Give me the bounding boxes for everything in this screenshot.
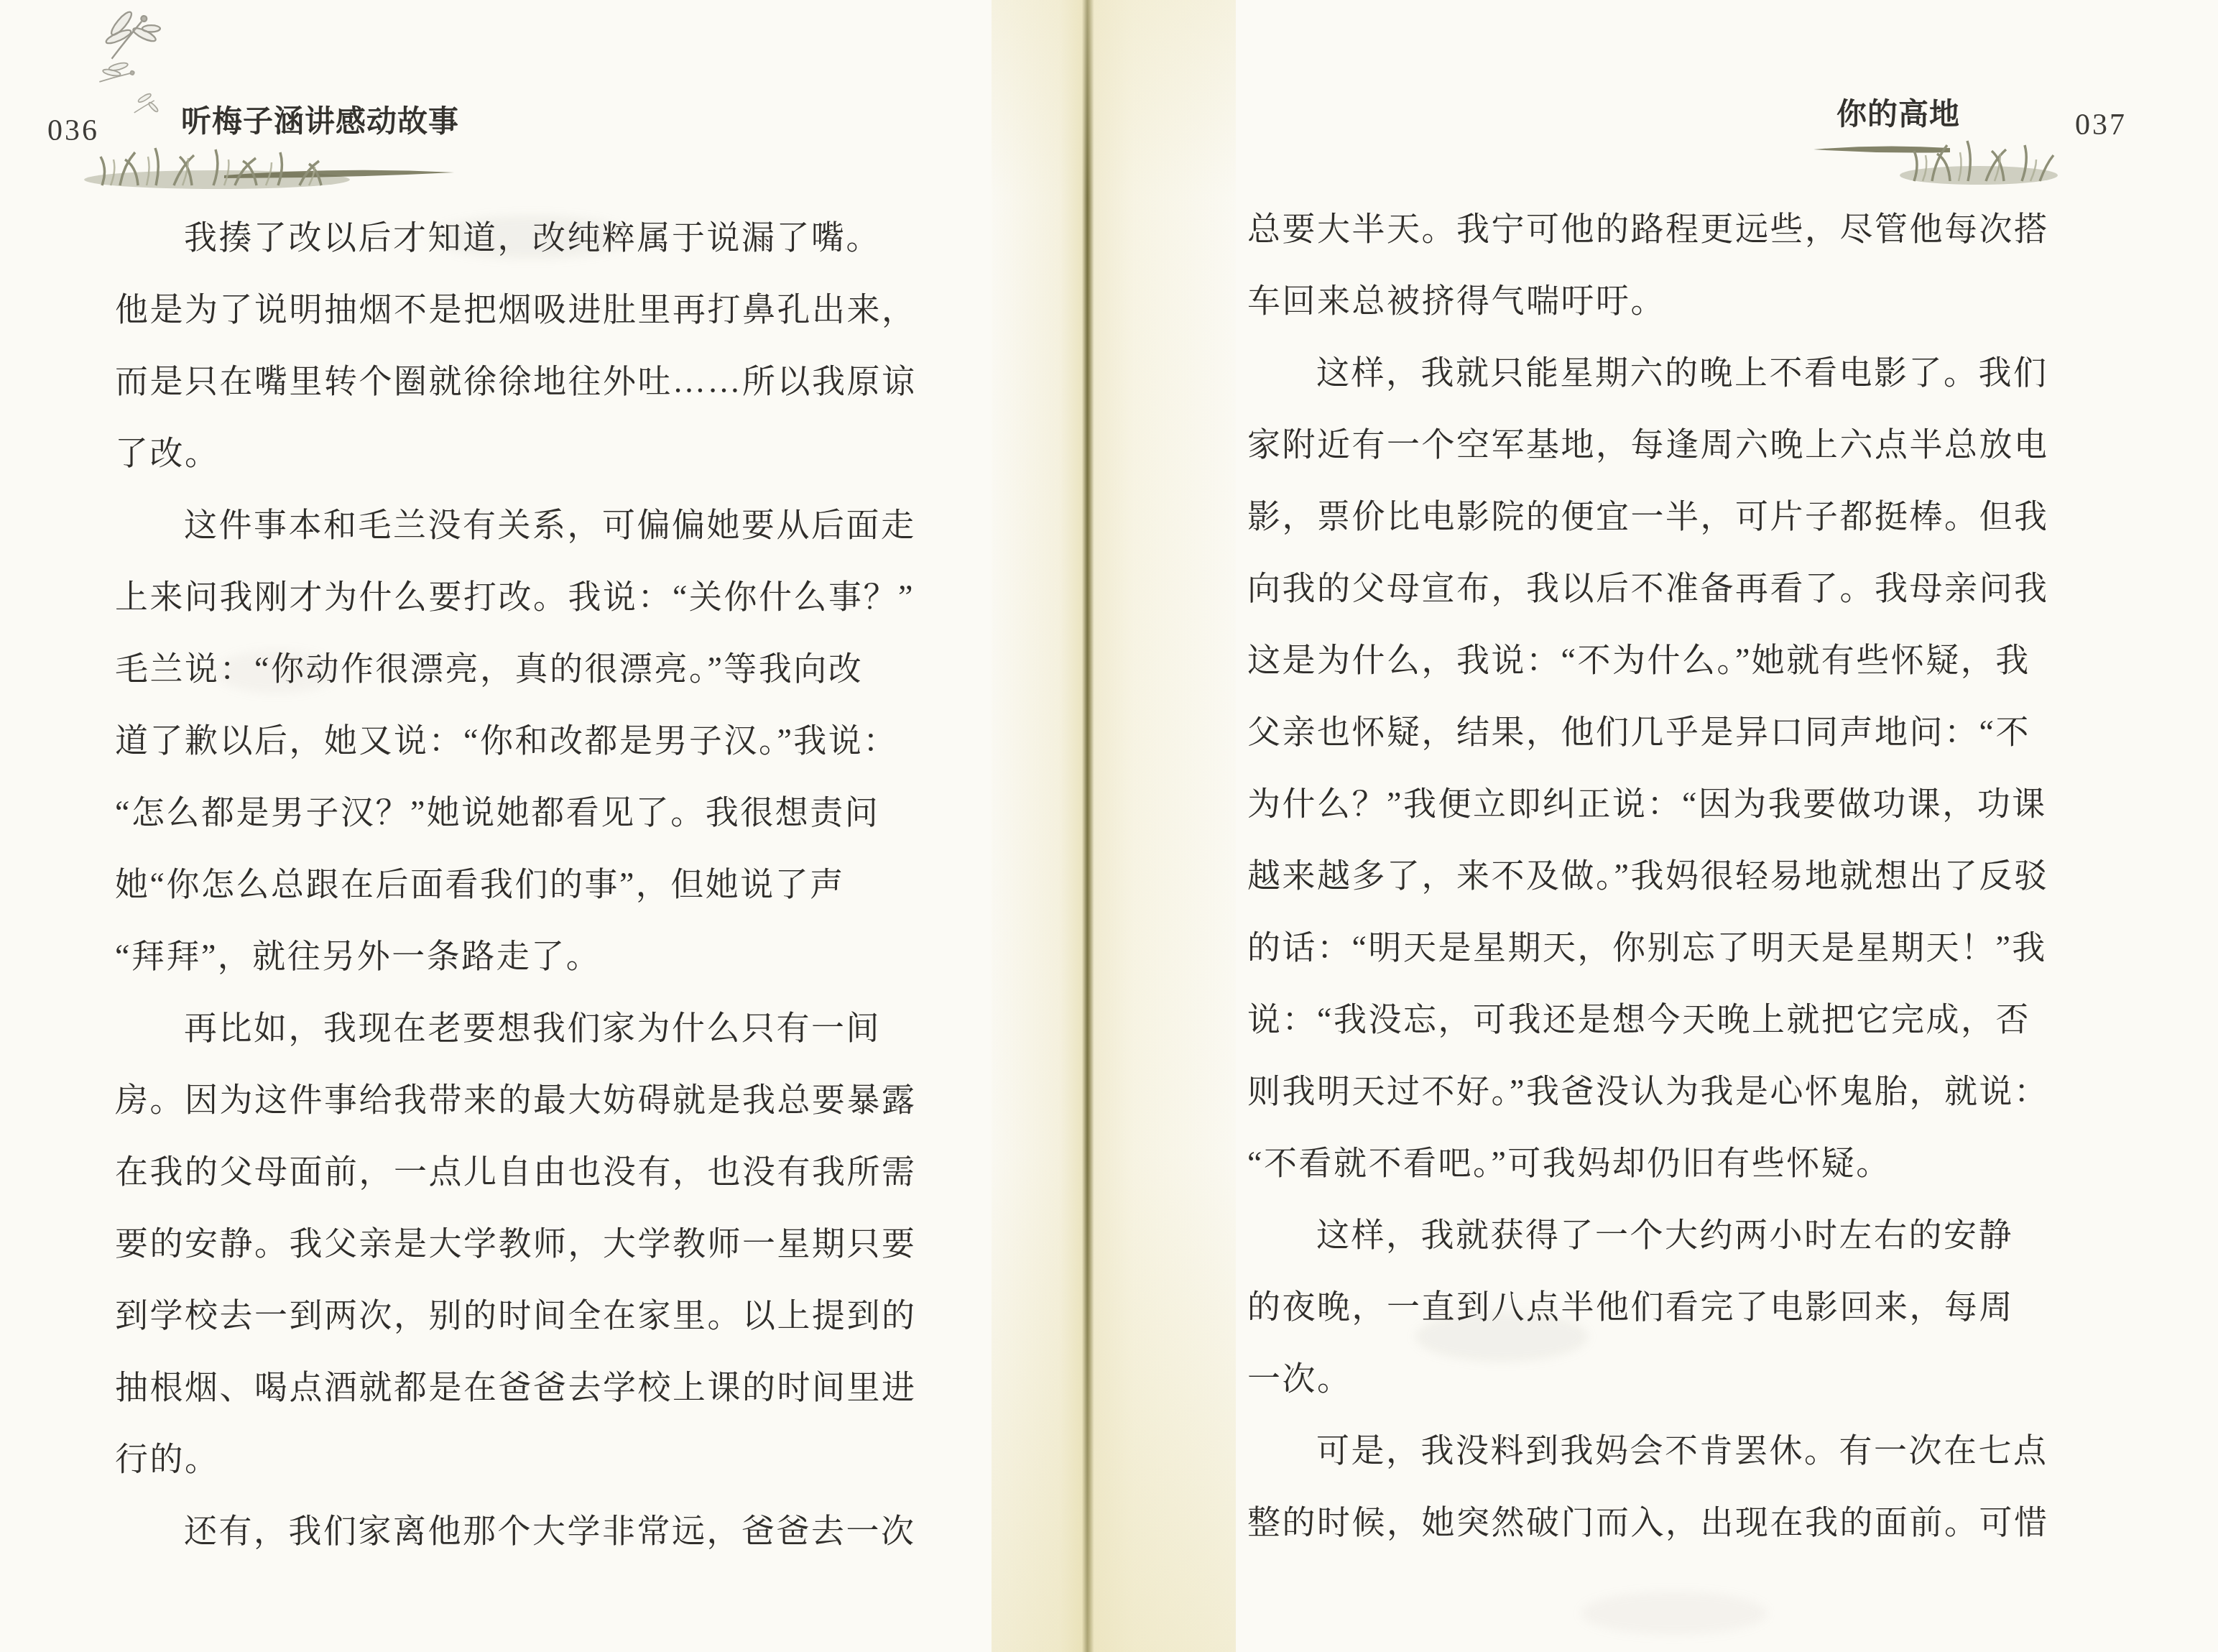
text-line: 家附近有一个空军基地，每逢周六晚上六点半总放电 <box>1247 409 2138 481</box>
text-line: “怎么都是男子汉？”她说她都看见了。我很想责问 <box>115 777 1006 849</box>
text-line: 道了歉以后，她又说：“你和改都是男子汉。”我说： <box>115 705 1006 777</box>
text-line: 房。因为这件事给我带来的最大妨碍就是我总要暴露 <box>115 1064 1006 1136</box>
text-line: 她“你怎么总跟在后面看我们的事”，但她说了声 <box>115 849 1006 920</box>
scan-smudge <box>1581 1592 1768 1635</box>
text-line: 的夜晚，一直到八点半他们看完了电影回来，每周 <box>1247 1271 2138 1343</box>
text-line: 向我的父母宣布，我以后不准备再看了。我母亲问我 <box>1247 553 2138 624</box>
text-line: 再比如，我现在老要想我们家为什么只有一间 <box>115 992 1006 1064</box>
text-line: 整的时候，她突然破门而入，出现在我的面前。可惜 <box>1247 1487 2138 1559</box>
text-line: 总要大半天。我宁可他的路程更远些，尽管他每次搭 <box>1247 193 2138 265</box>
text-line: 我揍了改以后才知道，改纯粹属于说漏了嘴。 <box>115 202 1006 274</box>
text-line: 可是，我没料到我妈会不肯罢休。有一次在七点 <box>1247 1415 2138 1487</box>
text-line: 的话：“明天是星期天，你别忘了明天是星期天！”我 <box>1247 912 2138 984</box>
dragonfly-icon <box>130 87 167 121</box>
text-line: 这样，我就获得了一个大约两小时左右的安静 <box>1247 1199 2138 1271</box>
grass-icon <box>1813 126 2058 190</box>
text-line: 这样，我就只能星期六的晚上不看电影了。我们 <box>1247 337 2138 409</box>
book-scan: { "left_page": { "page_number": "036", "… <box>0 0 2218 1652</box>
text-line: 为什么？”我便立即纠正说：“因为我要做功课，功课 <box>1247 768 2138 840</box>
page-number-right: 037 <box>2075 108 2127 142</box>
text-line: 了改。 <box>115 417 1006 489</box>
left-page: 036 听梅子涵讲感动故事 我揍了改以后才知道，改纯粹属于说漏了嘴。他是为了说明… <box>0 0 1049 1652</box>
left-chapter-title: 听梅子涵讲感动故事 <box>181 98 459 141</box>
text-line: 车回来总被挤得气喘吁吁。 <box>1247 265 2138 337</box>
text-line: 父亲也怀疑，结果，他们几乎是异口同声地问：“不 <box>1247 696 2138 768</box>
text-line: 越来越多了，来不及做。”我妈很轻易地就想出了反驳 <box>1247 840 2138 912</box>
text-line: 而是只在嘴里转个圈就徐徐地往外吐……所以我原谅 <box>115 346 1006 417</box>
text-line: 到学校去一到两次，别的时间全在家里。以上提到的 <box>115 1280 1006 1352</box>
text-line: 还有，我们家离他那个大学非常远，爸爸去一次 <box>115 1495 1006 1567</box>
right-page: 你的高地 037 总要大半天。我宁可他的路程更远些，尽管他每次搭车回来总被挤得气… <box>1178 0 2218 1652</box>
text-line: 说：“我没忘，可我还是想今天晚上就把它完成，否 <box>1247 984 2138 1056</box>
text-line: “拜拜”，就往另外一条路走了。 <box>115 920 1006 992</box>
text-line: 影，票价比电影院的便宜一半，可片子都挺棒。但我 <box>1247 481 2138 553</box>
grass-icon <box>80 135 458 194</box>
text-line: 行的。 <box>115 1423 1006 1495</box>
text-line: 毛兰说：“你动作很漂亮，真的很漂亮。”等我向改 <box>115 633 1006 705</box>
text-line: “不看就不看吧。”可我妈却仍旧有些怀疑。 <box>1247 1127 2138 1199</box>
text-line: 则我明天过不好。”我爸没认为我是心怀鬼胎，就说： <box>1247 1056 2138 1127</box>
text-line: 上来问我刚才为什么要打改。我说：“关你什么事？” <box>115 561 1006 633</box>
right-page-text: 总要大半天。我宁可他的路程更远些，尽管他每次搭车回来总被挤得气喘吁吁。这样，我就… <box>1247 193 2138 1559</box>
left-page-text: 我揍了改以后才知道，改纯粹属于说漏了嘴。他是为了说明抽烟不是把烟吸进肚里再打鼻孔… <box>115 202 1006 1567</box>
text-line: 这是为什么，我说：“不为什么。”她就有些怀疑，我 <box>1247 624 2138 696</box>
text-line: 这件事本和毛兰没有关系，可偏偏她要从后面走 <box>115 489 1006 561</box>
text-line: 要的安静。我父亲是大学教师，大学教师一星期只要 <box>115 1208 1006 1280</box>
text-line: 在我的父母面前，一点儿自由也没有，也没有我所需 <box>115 1136 1006 1208</box>
text-line: 他是为了说明抽烟不是把烟吸进肚里再打鼻孔出来， <box>115 274 1006 346</box>
text-line: 一次。 <box>1247 1343 2138 1415</box>
text-line: 抽根烟、喝点酒就都是在爸爸去学校上课的时间里进 <box>115 1352 1006 1423</box>
